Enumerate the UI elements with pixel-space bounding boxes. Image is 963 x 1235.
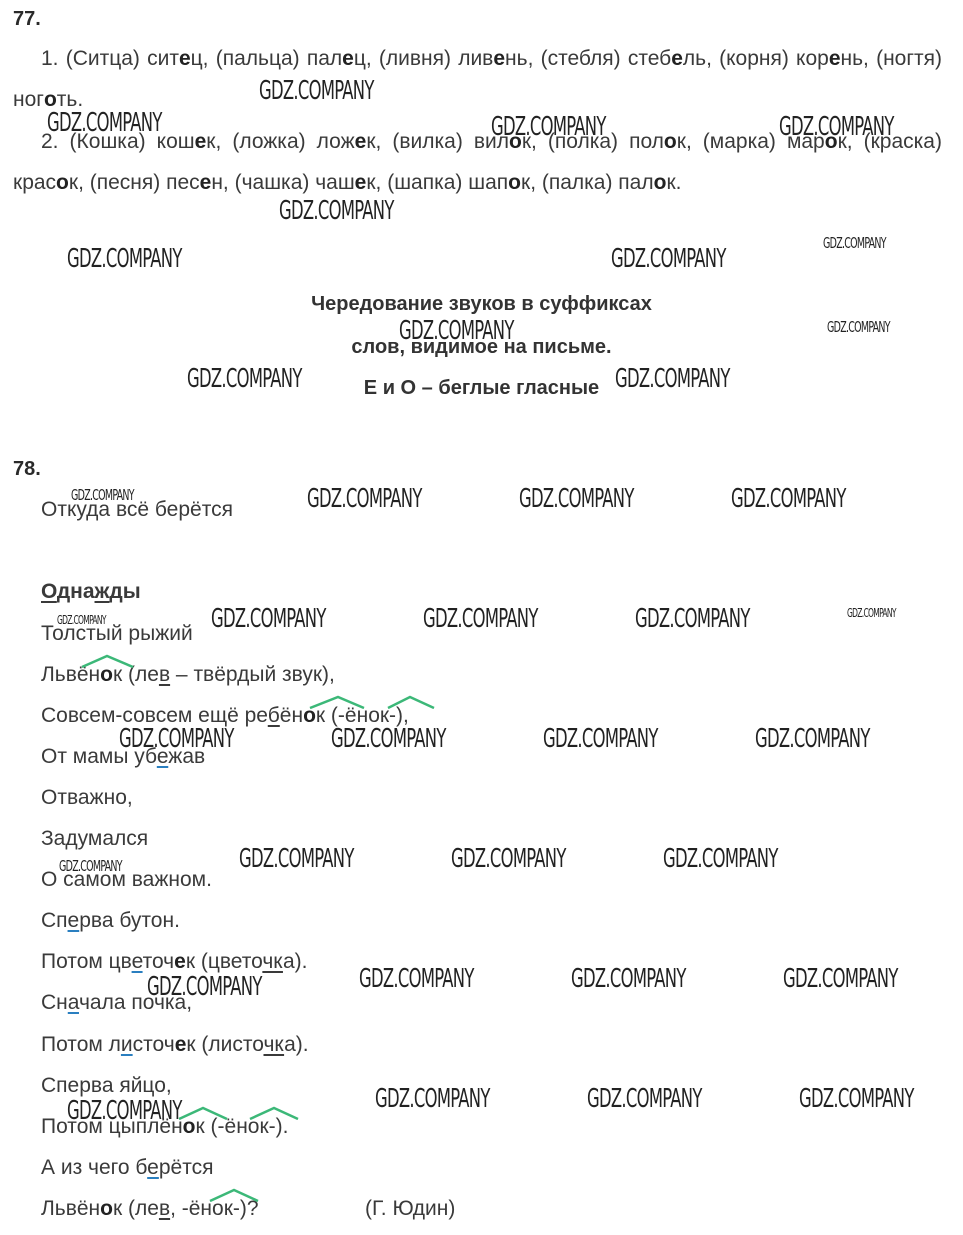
watermark: GDZ.COMPANY — [147, 972, 262, 1002]
suffix-arc-icon — [386, 695, 436, 709]
watermark: GDZ.COMPANY — [571, 964, 686, 994]
poem-line-13: Сперва яйцо, — [41, 1074, 172, 1098]
watermark: GDZ.COMPANY — [611, 244, 726, 274]
suffix-arc-icon — [308, 695, 366, 709]
suffix-arc-icon — [208, 1188, 260, 1202]
watermark: GDZ.COMPANY — [47, 108, 162, 138]
watermark: GDZ.COMPANY — [615, 364, 730, 394]
poem-line-6: Отважно, — [41, 786, 133, 810]
suffix-arc-icon — [177, 1106, 229, 1120]
watermark: GDZ.COMPANY — [731, 484, 846, 514]
watermark: GDZ.COMPANY — [755, 724, 870, 754]
poem-line-1: Однажды — [41, 580, 141, 604]
poem-title: Откуда всё берётся — [41, 498, 233, 522]
watermark: GDZ.COMPANY — [187, 364, 302, 394]
watermark: GDZ.COMPANY — [451, 844, 566, 874]
watermark: GDZ.COMPANY — [211, 604, 326, 634]
suffix-arc-icon — [80, 654, 135, 668]
watermark: GDZ.COMPANY — [423, 604, 538, 634]
poem-line-10: Потом цветочек (цветочка). — [41, 950, 307, 974]
watermark: GDZ.COMPANY — [823, 234, 886, 252]
watermark: GDZ.COMPANY — [799, 1084, 914, 1114]
watermark: GDZ.COMPANY — [783, 964, 898, 994]
watermark: GDZ.COMPANY — [847, 606, 896, 620]
watermark: GDZ.COMPANY — [279, 196, 394, 226]
section-heading-line-3: Е и О – беглые гласные — [0, 377, 963, 400]
watermark: GDZ.COMPANY — [239, 844, 354, 874]
poem-line-15: А из чего берётся — [41, 1156, 213, 1180]
watermark: GDZ.COMPANY — [635, 604, 750, 634]
poem-line-7: Задумался — [41, 827, 148, 851]
watermark: GDZ.COMPANY — [331, 724, 446, 754]
suffix-arc-icon — [248, 1106, 300, 1120]
watermark: GDZ.COMPANY — [663, 844, 778, 874]
watermark: GDZ.COMPANY — [779, 112, 894, 142]
watermark: GDZ.COMPANY — [67, 1096, 182, 1126]
poem-line-12: Потом листочек (листочка). — [41, 1033, 309, 1057]
watermark: GDZ.COMPANY — [307, 484, 422, 514]
watermark: GDZ.COMPANY — [119, 724, 234, 754]
watermark: GDZ.COMPANY — [57, 613, 106, 627]
watermark: GDZ.COMPANY — [827, 318, 890, 336]
watermark: GDZ.COMPANY — [543, 724, 658, 754]
exercise-number-77: 77. — [13, 8, 41, 31]
watermark: GDZ.COMPANY — [375, 1084, 490, 1114]
watermark: GDZ.COMPANY — [67, 244, 182, 274]
watermark: GDZ.COMPANY — [359, 964, 474, 994]
watermark: GDZ.COMPANY — [399, 316, 514, 346]
watermark: GDZ.COMPANY — [59, 857, 122, 875]
watermark: GDZ.COMPANY — [259, 76, 374, 106]
exercise-number-78: 78. — [13, 458, 41, 481]
watermark: GDZ.COMPANY — [71, 486, 134, 504]
poem-line-9: Сперва бутон. — [41, 909, 180, 933]
watermark: GDZ.COMPANY — [519, 484, 634, 514]
poem-author: (Г. Юдин) — [365, 1197, 455, 1221]
watermark: GDZ.COMPANY — [587, 1084, 702, 1114]
section-heading-line-1: Чередование звуков в суффиксах — [0, 293, 963, 316]
watermark: GDZ.COMPANY — [491, 112, 606, 142]
